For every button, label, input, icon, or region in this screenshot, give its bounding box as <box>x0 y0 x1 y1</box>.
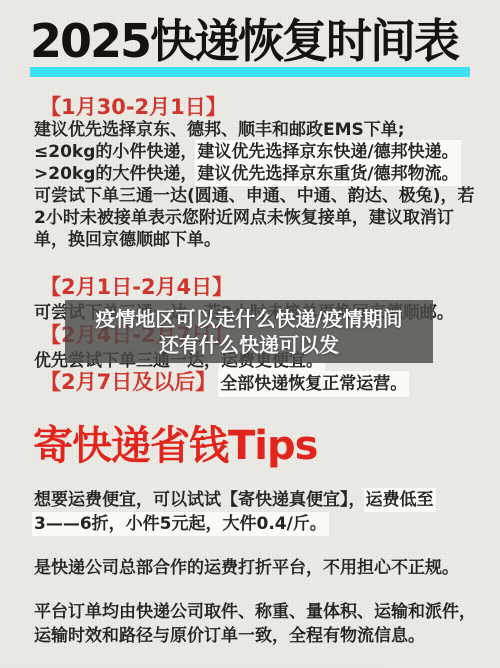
schedule-text: 建议优先选择京东、德邦、顺丰和邮政EMS下单; <box>34 120 405 140</box>
schedule-text: >20kg的大件快递， <box>34 164 197 184</box>
schedule-text: 2小时未被接单表示您附近网点未恢复接单，建议取消订 <box>34 208 454 228</box>
tips-line: 想要运费便宜，可以试试【寄快递真便宜】，运费低至 <box>34 488 494 512</box>
tips-text: 想要运费便宜，可以试试【寄快递真便宜】， <box>34 490 366 510</box>
schedule-text: ≤20kg的小件快递， <box>34 142 197 162</box>
schedule-line: 单，换回京德顺邮下单。 <box>34 229 494 251</box>
schedule-text: 可尝试下单三通一达(圆通、申通、中通、韵达、极兔)，若 <box>34 186 475 206</box>
section-jan30-feb1: 【1月30-2月1日】 建议优先选择京东、德邦、顺丰和邮政EMS下单; ≤20k… <box>34 96 494 251</box>
pandemic-question-overlay: 疫情地区可以走什么快递/疫情期间 还有什么快递可以发 <box>65 300 433 363</box>
date-range-header: 【1月30-2月1日】 <box>40 96 494 119</box>
tips-text: 是快递公司总部合作的运费打折平台，不用担心不正规。 <box>34 558 459 578</box>
tips-paragraph-discount: 想要运费便宜，可以试试【寄快递真便宜】，运费低至 3——6折，小件5元起，大件0… <box>34 488 494 536</box>
section-feb7-onward: 【2月7日及以后】 全部快递恢复正常运营。 <box>34 371 494 395</box>
tips-line: 3——6折，小件5元起，大件0.4/斤。 <box>34 512 494 536</box>
highlighted-text: 建议优先选择京东快递/德邦快递。 <box>197 142 458 162</box>
schedule-line: 建议优先选择京东、德邦、顺丰和邮政EMS下单; <box>34 119 494 141</box>
page-title: 2025快递恢复时间表 <box>30 16 470 66</box>
delivery-schedule-poster: 2025快递恢复时间表 【1月30-2月1日】 建议优先选择京东、德邦、顺丰和邮… <box>0 0 500 668</box>
tips-line: 是快递公司总部合作的运费打折平台，不用担心不正规。 <box>34 556 494 580</box>
highlighted-text: 建议优先选择京东重货/德邦物流。 <box>197 164 458 184</box>
tips-paragraph-logistics: 平台订单均由快递公司取件、称重、量体积、运输和派件， 运输时效和路径与原价订单一… <box>34 600 494 648</box>
tips-line: 运输时效和路径与原价订单一致，全程有物流信息。 <box>34 624 494 648</box>
highlighted-text: 运费低至 <box>366 490 434 510</box>
poster-masthead: 2025快递恢复时间表 <box>30 16 470 77</box>
overlay-question-line2: 还有什么快递可以发 <box>159 332 339 358</box>
tips-text: 平台订单均由快递公司取件、称重、量体积、运输和派件， <box>34 602 476 622</box>
highlighted-text: 3——6折，小件5元起，大件0.4/斤。 <box>34 514 327 534</box>
overlay-question-line1: 疫情地区可以走什么快递/疫情期间 <box>95 306 402 332</box>
schedule-line: 可尝试下单三通一达(圆通、申通、中通、韵达、极兔)，若 <box>34 185 494 207</box>
tips-paragraph-legit: 是快递公司总部合作的运费打折平台，不用担心不正规。 <box>34 556 494 580</box>
schedule-line: >20kg的大件快递，建议优先选择京东重货/德邦物流。 <box>34 163 494 185</box>
tips-text: 运输时效和路径与原价订单一致，全程有物流信息。 <box>34 626 425 646</box>
schedule-line: 2小时未被接单表示您附近网点未恢复接单，建议取消订 <box>34 207 494 229</box>
tips-line: 平台订单均由快递公司取件、称重、量体积、运输和派件， <box>34 600 494 624</box>
date-range-header: 【2月7日及以后】 <box>40 371 216 394</box>
schedule-text: 单，换回京德顺邮下单。 <box>34 230 221 250</box>
schedule-line: ≤20kg的小件快递，建议优先选择京东快递/德邦快递。 <box>34 141 494 163</box>
title-underline-accent <box>30 67 470 77</box>
date-range-header: 【2月1日-2月4日】 <box>40 276 494 299</box>
tips-title: 寄快递省钱Tips <box>33 424 317 468</box>
highlighted-text: 全部快递恢复正常运营。 <box>220 373 407 395</box>
schedule-line: 【2月7日及以后】 全部快递恢复正常运营。 <box>34 371 494 395</box>
